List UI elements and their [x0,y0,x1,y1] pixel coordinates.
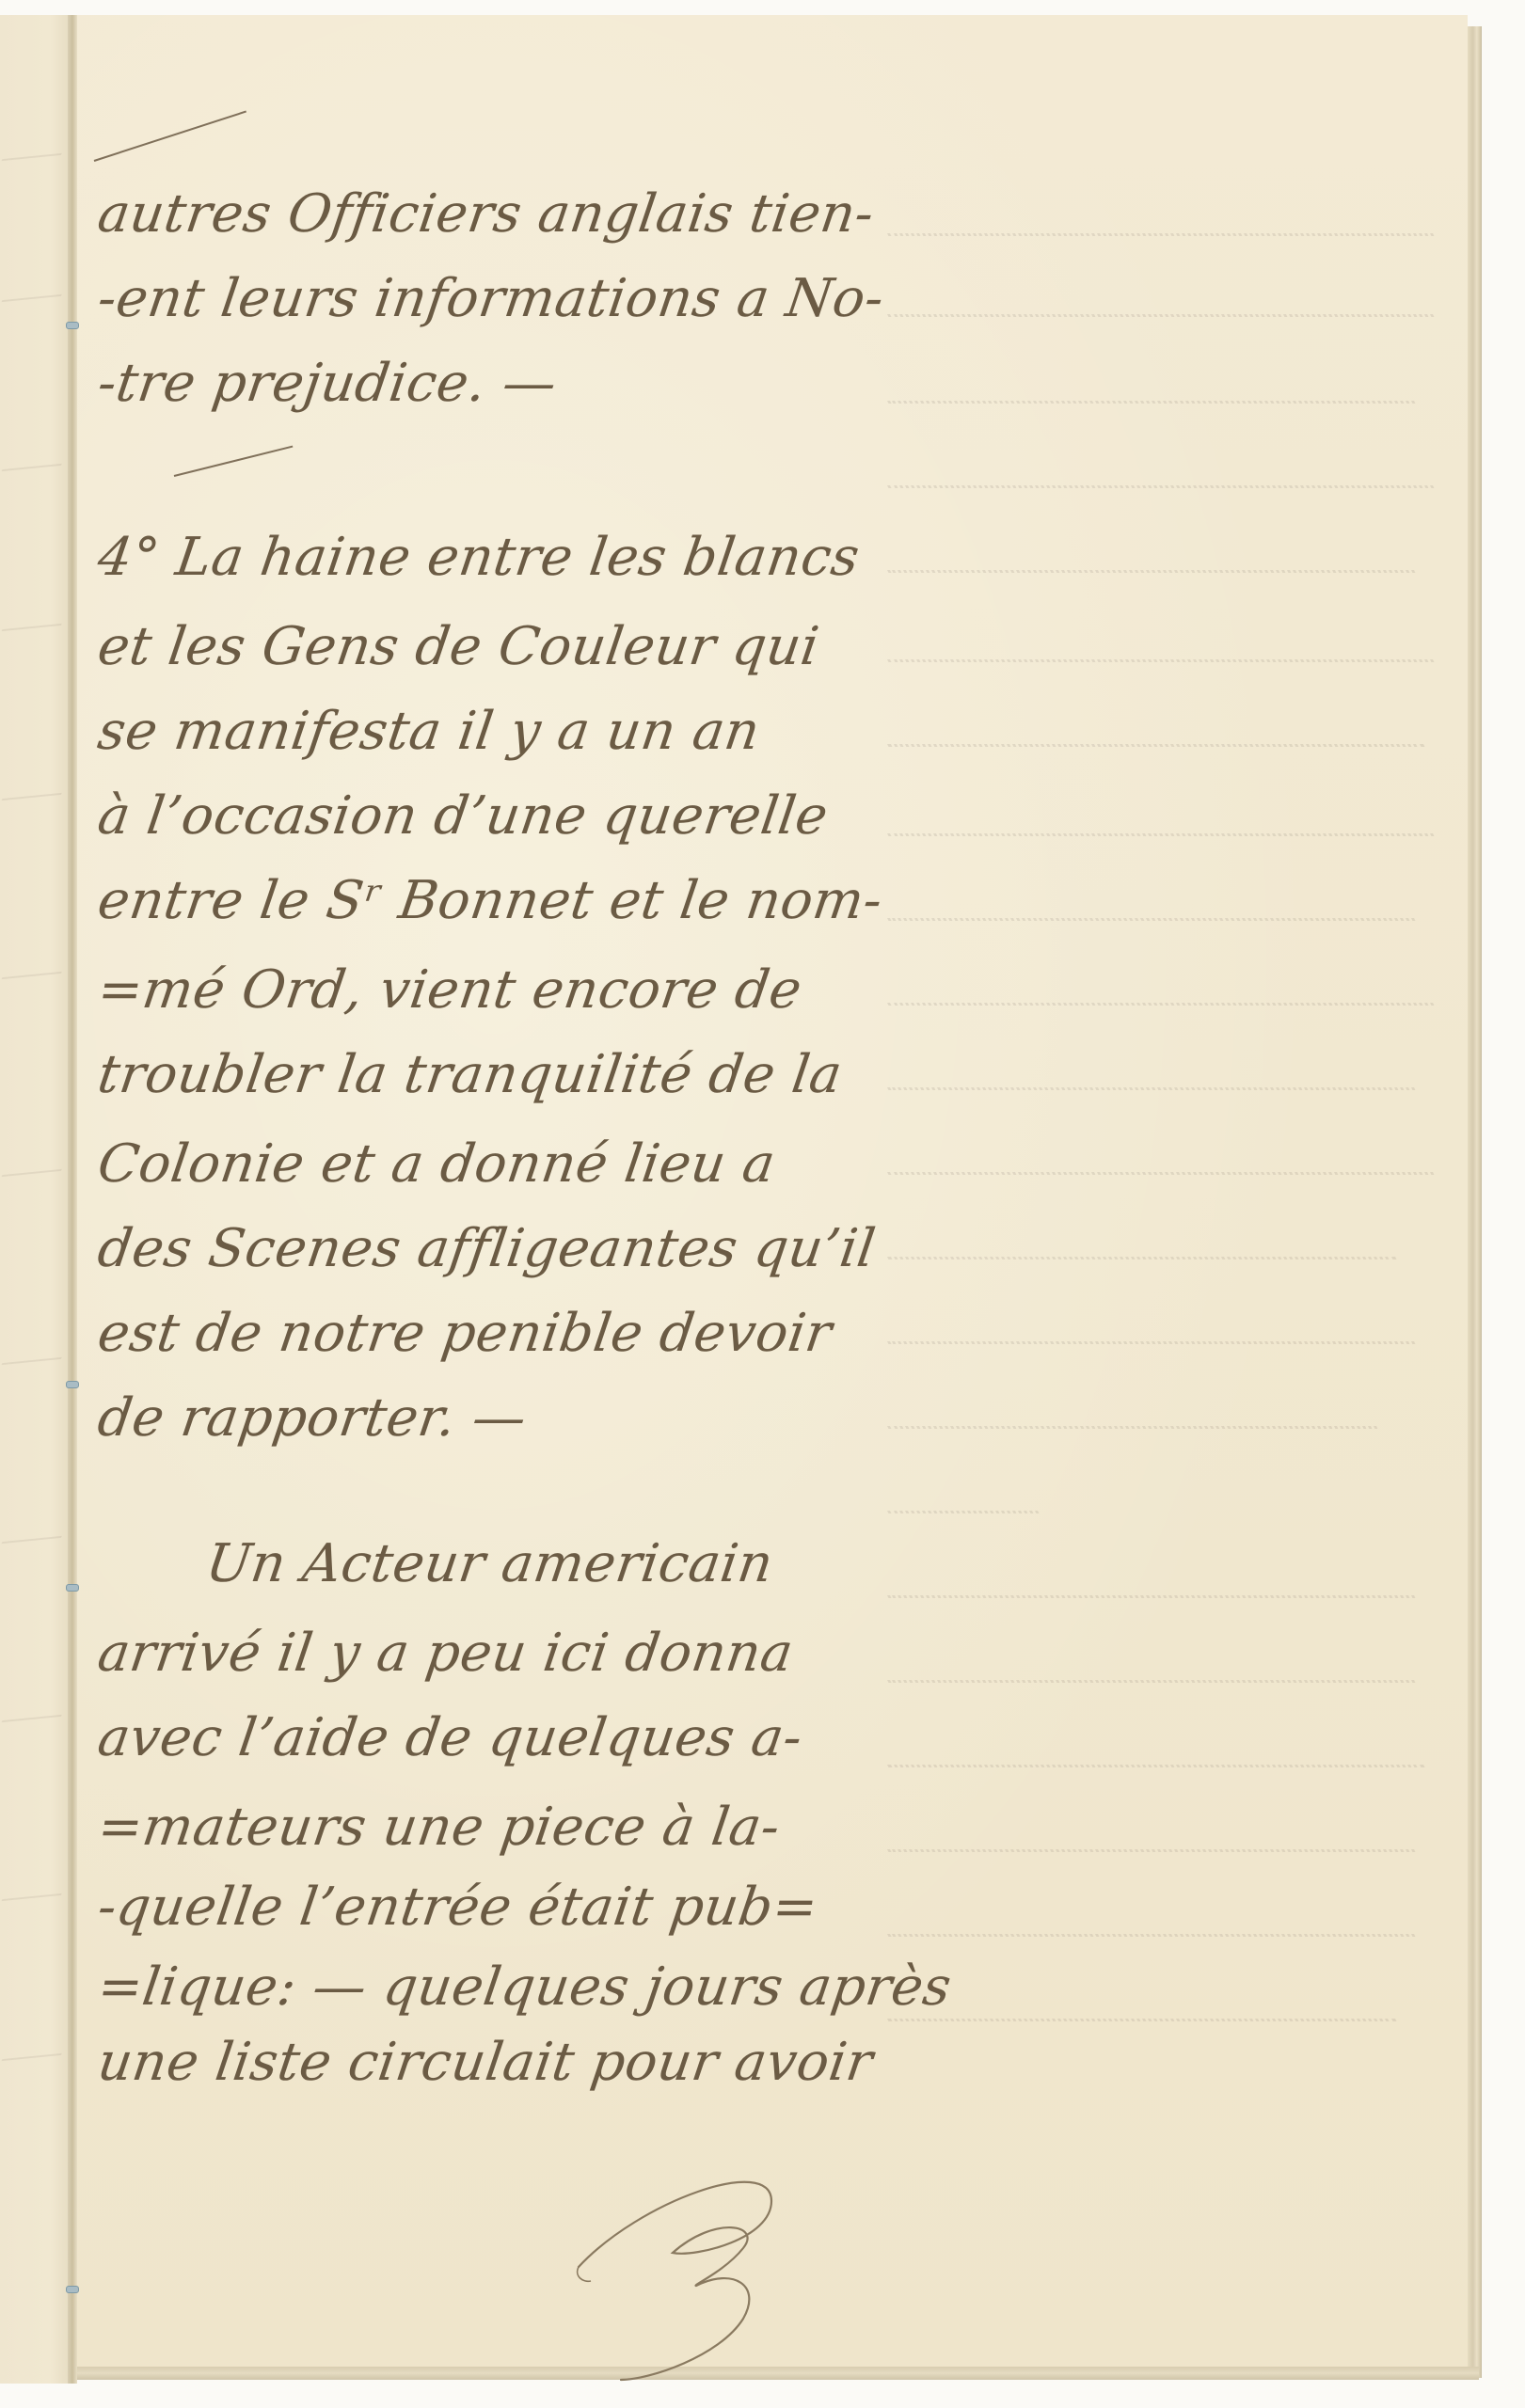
facing-page-margin [0,15,71,2384]
manuscript-line: une liste circulait pour avoir [94,2032,877,2093]
facing-page-ghost-text [2,454,67,471]
manuscript-line: -ent leurs informations a No- [94,268,888,329]
manuscript-line: des Scenes affligeantes qu’il [94,1218,880,1279]
facing-page-ghost-text [2,144,67,161]
manuscript-line: se manifesta il y a un an [94,701,764,762]
manuscript-line: à l’occasion d’une querelle [94,785,832,847]
binding-stitch [66,2286,79,2293]
binding-stitch [66,322,79,329]
facing-page-ghost-text [2,784,67,800]
facing-page-ghost-text [2,285,67,302]
facing-page-ghost-text [2,1527,67,1544]
binding-fold [68,15,77,2384]
manuscript-line: autres Officiers anglais tien- [94,183,878,245]
manuscript-line: =mateurs une piece à la- [94,1797,784,1858]
manuscript-line: -tre prejudice. — [94,353,561,414]
manuscript-line: troubler la tranquilité de la [94,1044,846,1105]
paragraph-start-line: Un Acteur americain [202,1533,777,1594]
facing-page-ghost-text [2,1348,67,1365]
manuscript-line: =mé Ord, vient encore de [94,959,805,1021]
manuscript-line: avec l’aide de quelques a- [94,1707,806,1768]
facing-page-ghost-text [2,2044,67,2061]
page-stack-edge-right [1468,26,1482,2378]
manuscript-line: de rapporter. — [94,1387,531,1449]
binding-stitch [66,1381,79,1388]
manuscript-line: entre le Sʳ Bonnet et le nom- [94,870,886,931]
manuscript-line: Colonie et a donné lieu a [94,1133,779,1195]
facing-page-ghost-text [2,1705,67,1722]
manuscript-line: est de notre penible devoir [94,1303,835,1364]
page-mark-flourish-icon [489,2098,790,2399]
facing-page-ghost-text [2,962,67,979]
facing-page-ghost-text [2,614,67,631]
facing-page-ghost-text [2,1884,67,1901]
manuscript-line: =lique: — quelques jours après [94,1956,955,2018]
section-heading-line: 4° La haine entre les blancs [94,527,864,588]
manuscript-line: arrivé il y a peu ici donna [94,1623,797,1684]
binding-stitch [66,1584,79,1592]
manuscript-line: et les Gens de Couleur qui [94,616,823,677]
facing-page-ghost-text [2,1160,67,1177]
manuscript-line: -quelle l’entrée était pub= [94,1877,822,1938]
